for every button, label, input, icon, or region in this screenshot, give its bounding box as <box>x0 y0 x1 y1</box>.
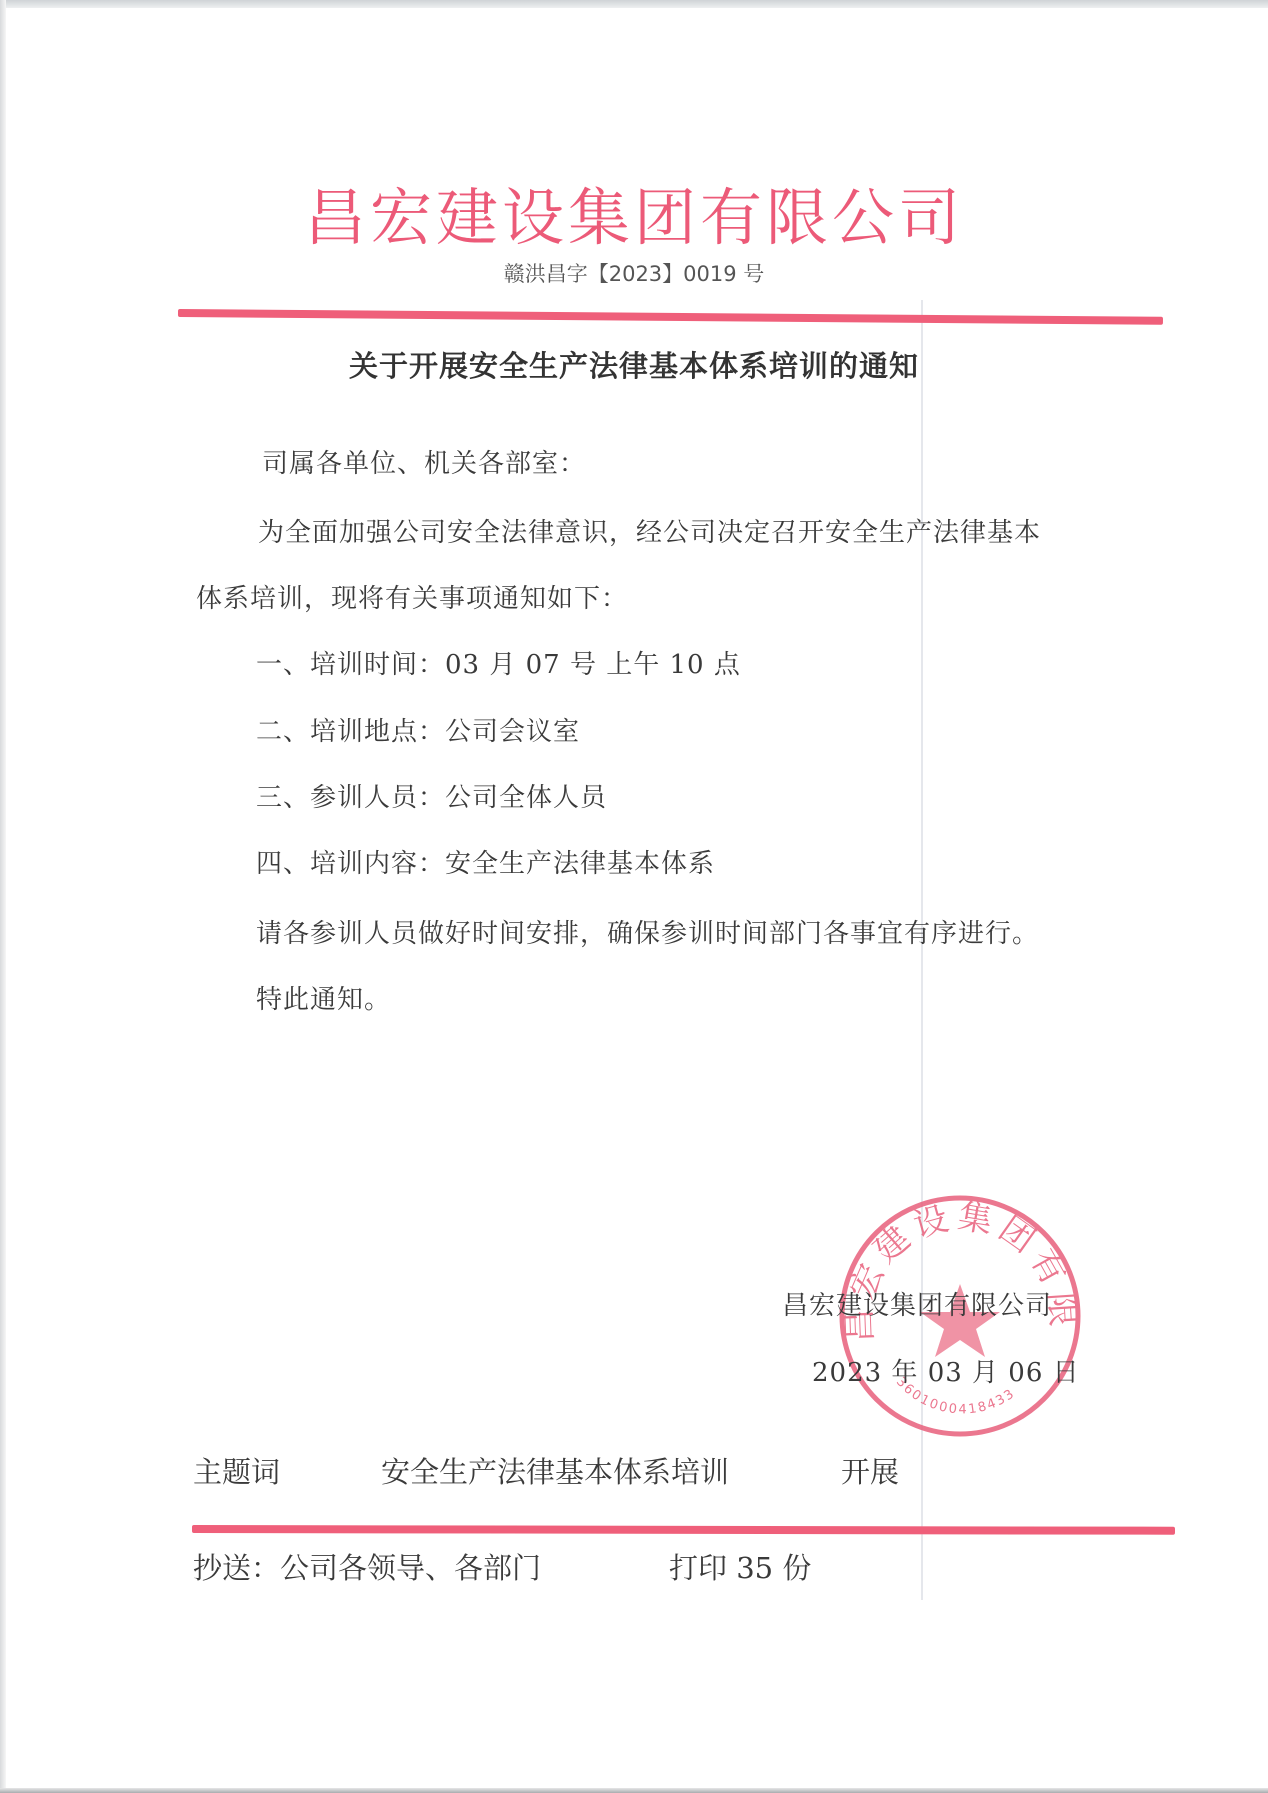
signature-company: 昌宏建设集团有限公司 <box>782 1285 1052 1322</box>
intro-paragraph-line-2: 体系培训，现将有关事项通知如下： <box>196 578 628 615</box>
signature-date: 2023 年 03 月 06 日 <box>812 1352 1080 1389</box>
cc-recipients: 抄送：公司各领导、各部门 <box>193 1546 541 1587</box>
header-red-rule <box>178 309 1163 325</box>
intro-paragraph-line-1: 为全面加强公司安全法律意识，经公司决定召开安全生产法律基本 <box>258 512 1041 549</box>
scan-edge-top <box>0 0 1268 8</box>
keywords-value-2: 开展 <box>841 1450 899 1491</box>
print-count: 打印 35 份 <box>669 1546 811 1587</box>
list-item-training-location: 二、培训地点：公司会议室 <box>256 711 580 748</box>
document-number: 赣洪昌字【2023】0019 号 <box>0 258 1268 288</box>
keywords-value: 安全生产法律基本体系培训 <box>381 1450 729 1491</box>
company-masthead: 昌宏建设集团有限公司 <box>0 168 1268 257</box>
document-title: 关于开展安全生产法律基本体系培训的通知 <box>0 344 1268 385</box>
request-paragraph: 请各参训人员做好时间安排，确保参训时间部门各事宜有序进行。 <box>256 913 1039 950</box>
list-item-training-time: 一、培训时间：03 月 07 号 上午 10 点 <box>256 644 741 681</box>
closing-remark: 特此通知。 <box>256 979 391 1016</box>
list-item-participants: 三、参训人员：公司全体人员 <box>256 777 607 814</box>
salutation: 司属各单位、机关各部室： <box>262 443 586 480</box>
keywords-label: 主题词 <box>193 1450 280 1491</box>
list-item-training-content: 四、培训内容：安全生产法律基本体系 <box>256 843 715 880</box>
footer-red-rule <box>192 1525 1175 1535</box>
scan-edge-bottom <box>0 1788 1268 1793</box>
